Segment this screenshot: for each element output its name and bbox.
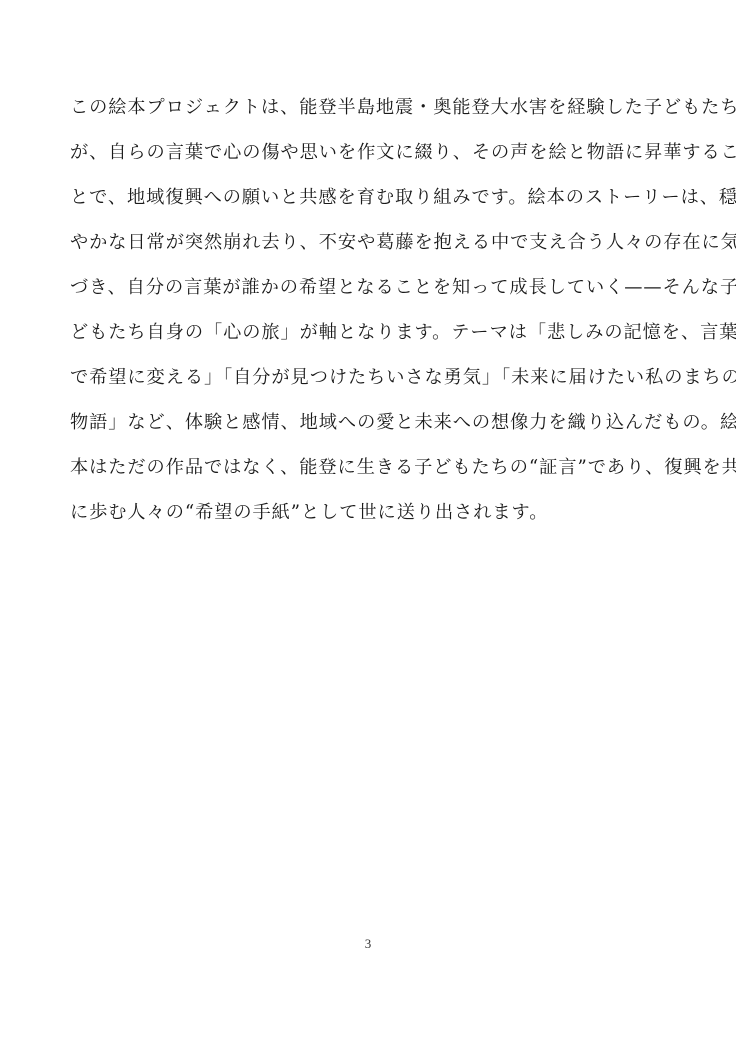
paragraph-line: に歩む人々の“希望の手紙”として世に送り出されます。 <box>70 499 670 544</box>
paragraph-line: どもたち自身の「心の旅」が軸となります。テーマは「悲しみの記憶を、言葉 <box>70 319 670 364</box>
paragraph-line: 物語」など、体験と感情、地域への愛と未来への想像力を織り込んだもの。絵 <box>70 409 670 454</box>
body-paragraph: この絵本プロジェクトは、能登半島地震・奥能登大水害を経験した子どもたち が、自ら… <box>70 94 670 544</box>
paragraph-line: やかな日常が突然崩れ去り、不安や葛藤を抱える中で支え合う人々の存在に気 <box>70 229 670 274</box>
paragraph-line: この絵本プロジェクトは、能登半島地震・奥能登大水害を経験した子どもたち <box>70 94 670 139</box>
document-page: この絵本プロジェクトは、能登半島地震・奥能登大水害を経験した子どもたち が、自ら… <box>0 0 736 1041</box>
page-number: 3 <box>0 936 736 952</box>
paragraph-line: とで、地域復興への願いと共感を育む取り組みです。絵本のストーリーは、穏 <box>70 184 670 229</box>
paragraph-line: で希望に変える」「自分が見つけたちいさな勇気」「未来に届けたい私のまちの <box>70 364 670 409</box>
paragraph-line: が、自らの言葉で心の傷や思いを作文に綴り、その声を絵と物語に昇華するこ <box>70 139 670 184</box>
paragraph-line: づき、自分の言葉が誰かの希望となることを知って成長していく——そんな子 <box>70 274 670 319</box>
paragraph-line: 本はただの作品ではなく、能登に生きる子どもたちの“証言”であり、復興を共 <box>70 454 670 499</box>
